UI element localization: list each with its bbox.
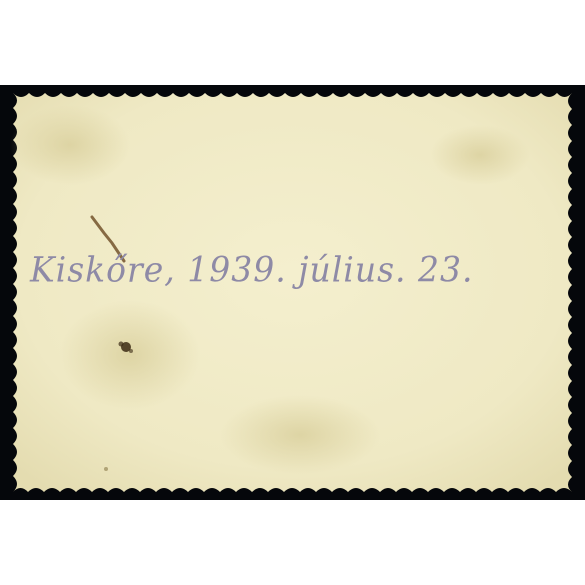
foxing-stain: [10, 105, 130, 185]
foxing-stain: [430, 125, 530, 185]
foxing-stain: [60, 300, 200, 410]
handwritten-inscription: Kiskőre, 1939. július. 23.: [30, 249, 490, 290]
foxing-stain: [220, 395, 380, 475]
photo-card-back: [0, 85, 585, 500]
